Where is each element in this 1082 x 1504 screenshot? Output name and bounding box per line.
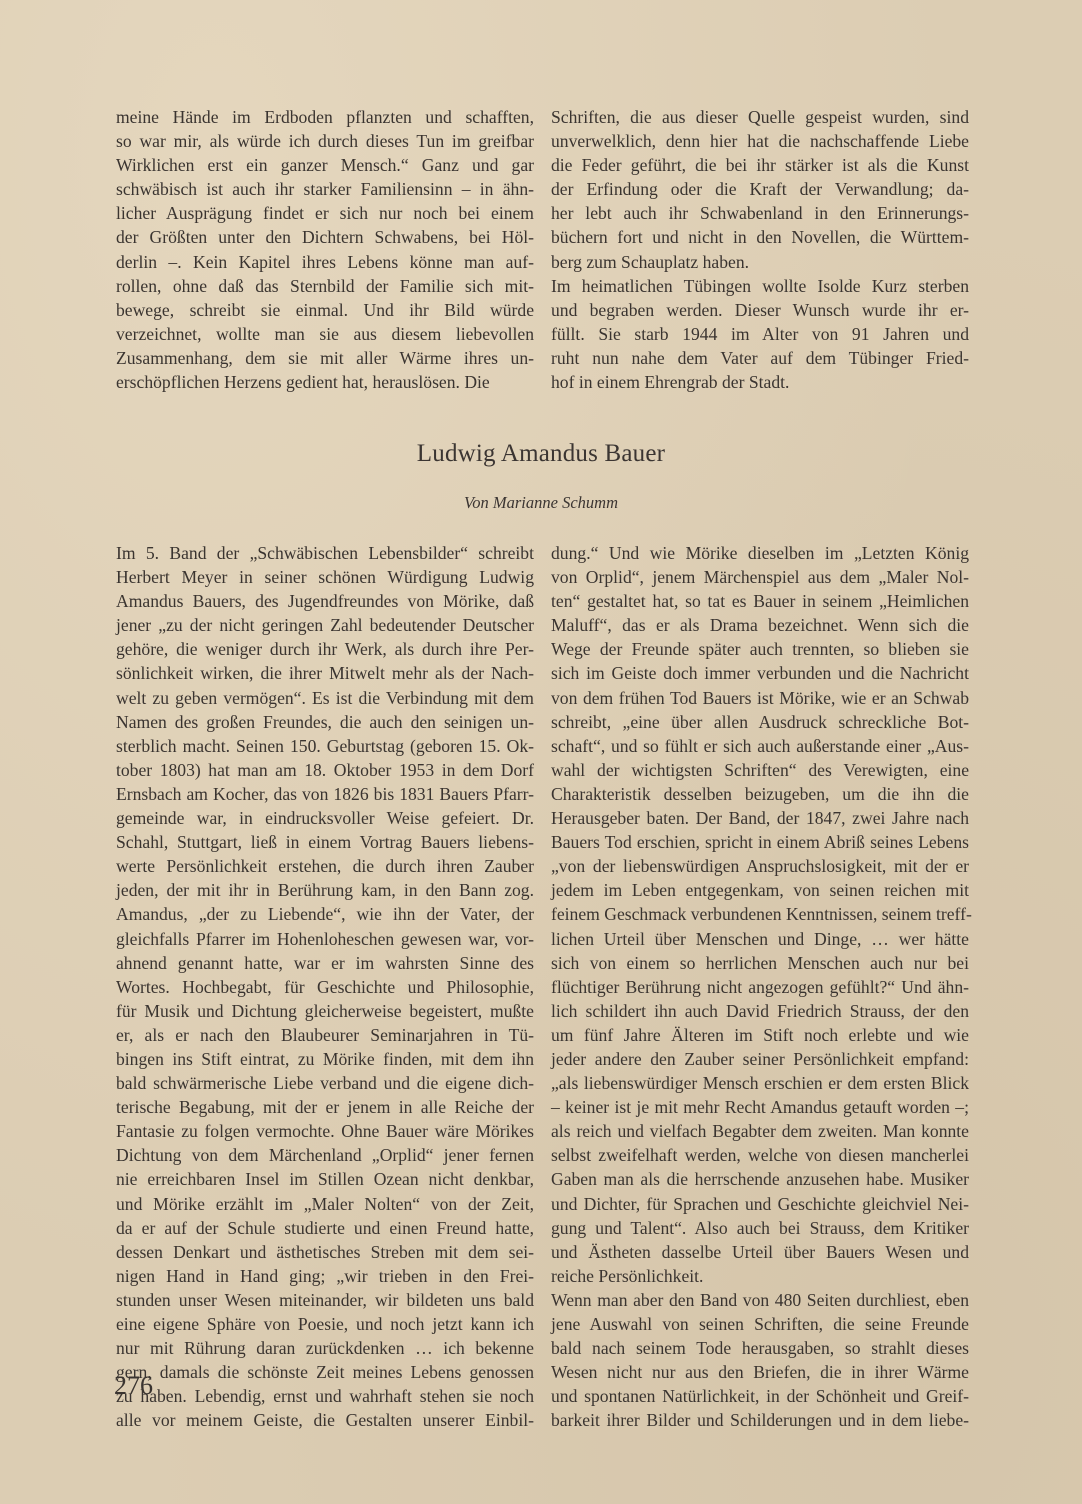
text-line: jedem im Leben entgegenkam, von seinen r… <box>551 878 969 902</box>
text-line: sich von einem so herrlichen Menschen au… <box>551 951 969 975</box>
text-line: „als liebenswürdiger Mensch erschien er … <box>551 1071 969 1095</box>
text-line: lichen Urteil über Menschen und Dinge, …… <box>551 927 969 951</box>
text-line: bewege, schreibt sie einmal. Und ihr Bil… <box>116 298 534 322</box>
text-line: da er auf der Schule studierte und einen… <box>116 1216 534 1240</box>
text-line: terische Begabung, mit der er jenem in a… <box>116 1095 534 1119</box>
text-line: bald nach seinem Tode herausgaben, so st… <box>551 1336 969 1360</box>
text-line: Ernsbach am Kocher, das von 1826 bis 183… <box>116 782 534 806</box>
text-line: gehöre, die weniger durch ihr Werk, als … <box>116 637 534 661</box>
text-line: berg zum Schauplatz haben. <box>551 250 969 274</box>
text-line: welt zu geben vermögen“. Es ist die Verb… <box>116 686 534 710</box>
article-byline: Von Marianne Schumm <box>0 493 1082 513</box>
text-line: von Orplid“, jenem Märchenspiel aus dem … <box>551 565 969 589</box>
article-right-column: dung.“ Und wie Mörike dieselben im „Letz… <box>551 541 969 1432</box>
text-line: Herausgeber baten. Der Band, der 1847, z… <box>551 806 969 830</box>
text-line: licher Ausprägung findet er sich nur noc… <box>116 201 534 225</box>
text-line: dessen Denkart und ästhetisches Streben … <box>116 1240 534 1264</box>
text-line: so war mir, als würde ich durch dieses T… <box>116 129 534 153</box>
text-line: Bauers Tod erschien, spricht in einem Ab… <box>551 830 969 854</box>
previous-article-right-column: Schriften, die aus dieser Quelle gespeis… <box>551 105 969 394</box>
text-line: jener „zu der nicht geringen Zahl bedeut… <box>116 613 534 637</box>
text-line: gleichfalls Pfarrer im Hohenloheschen ge… <box>116 927 534 951</box>
text-line: nigen Hand in Hand ging; „wir trieben in… <box>116 1264 534 1288</box>
text-line: alle vor meinem Geiste, die Gestalten un… <box>116 1408 534 1432</box>
text-line: für Musik und Dichtung gleicherweise beg… <box>116 999 534 1023</box>
text-line: um fünf Jahre Älteren im Stift noch erle… <box>551 1023 969 1047</box>
text-line: verzeichnet, wollte man sie aus diesem l… <box>116 322 534 346</box>
text-line: der Größten unter den Dichtern Schwabens… <box>116 225 534 249</box>
text-line: – keiner ist je mit mehr Recht Amandus g… <box>551 1095 969 1119</box>
text-line: stunden unser Wesen miteinander, wir bil… <box>116 1288 534 1312</box>
text-line: Im 5. Band der „Schwäbischen Lebensbilde… <box>116 541 534 565</box>
text-line: und Mörike erzählt im „Maler Nolten“ von… <box>116 1192 534 1216</box>
text-line: von dem frühen Tod Bauers ist Mörike, wi… <box>551 686 969 710</box>
text-line: feinem Geschmack verbundenen Kenntnissen… <box>551 902 969 926</box>
text-line: Schahl, Stuttgart, ließ in einem Vortrag… <box>116 830 534 854</box>
page-number: 276 <box>114 1371 153 1401</box>
article-left-column: Im 5. Band der „Schwäbischen Lebensbilde… <box>116 541 534 1432</box>
text-line: ahnend genannt hatte, war er im wahrsten… <box>116 951 534 975</box>
text-line: Gaben man als die herrschende anzusehen … <box>551 1167 969 1191</box>
text-line: Wortes. Hochbegabt, für Geschichte und P… <box>116 975 534 999</box>
text-line: bald schwärmerische Liebe verband und di… <box>116 1071 534 1095</box>
text-line: schreibt, „eine über allen Ausdruck schr… <box>551 710 969 734</box>
text-line: sönlichkeit wirken, die ihrer Mitwelt me… <box>116 661 534 685</box>
text-line: Zusammenhang, dem sie mit aller Wärme ih… <box>116 346 534 370</box>
text-line: selbst zweifelhaft werden, welche von di… <box>551 1143 969 1167</box>
text-line: bingen ins Stift eintrat, zu Mörike find… <box>116 1047 534 1071</box>
text-line: barkeit ihrer Bilder und Schilderungen u… <box>551 1408 969 1432</box>
text-line: jeden, der mit ihr in Berührung kam, in … <box>116 878 534 902</box>
text-line: der Erfindung oder die Kraft der Verwand… <box>551 177 969 201</box>
text-line: zu haben. Lebendig, ernst und wahrhaft s… <box>116 1384 534 1408</box>
text-line: büchern fort und nicht in den Novellen, … <box>551 225 969 249</box>
text-line: flüchtiger Berührung nicht angezogen gef… <box>551 975 969 999</box>
text-line: jene Auswahl von seinen Schriften, die s… <box>551 1312 969 1336</box>
text-line: wahl der wichtigsten Schriften“ des Vere… <box>551 758 969 782</box>
text-line: schwäbisch ist auch ihr starker Familien… <box>116 177 534 201</box>
text-line: Fantasie zu folgen vermochte. Ohne Bauer… <box>116 1119 534 1143</box>
text-line: her lebt auch ihr Schwabenland in den Er… <box>551 201 969 225</box>
text-line: Namen des großen Freundes, die auch den … <box>116 710 534 734</box>
text-line: ruht nun nahe dem Vater auf dem Tübinger… <box>551 346 969 370</box>
text-line: er, als er nach den Blaubeurer Seminarja… <box>116 1023 534 1047</box>
text-line: rollen, ohne daß das Sternbild der Famil… <box>116 274 534 298</box>
text-line: erschöpflichen Herzens gedient hat, hera… <box>116 370 534 394</box>
text-line: werte Persönlichkeit erstehen, die durch… <box>116 854 534 878</box>
text-line: Amandus, „der zu Liebende“, wie ihn der … <box>116 902 534 926</box>
text-line: Dichtung von dem Märchenland „Orplid“ je… <box>116 1143 534 1167</box>
text-line: Schriften, die aus dieser Quelle gespeis… <box>551 105 969 129</box>
text-line: „von der liebenswürdigen Anspruchslosigk… <box>551 854 969 878</box>
text-line: Herbert Meyer in seiner schönen Würdigun… <box>116 565 534 589</box>
text-line: sich im Geiste doch immer verbunden und … <box>551 661 969 685</box>
text-line: Wenn man aber den Band von 480 Seiten du… <box>551 1288 969 1312</box>
text-line: Wege der Freunde später auch trennten, s… <box>551 637 969 661</box>
text-line: hof in einem Ehrengrab der Stadt. <box>551 370 969 394</box>
text-line: Amandus Bauers, des Jugendfreundes von M… <box>116 589 534 613</box>
text-line: Charakteristik desselben beizugeben, um … <box>551 782 969 806</box>
text-line: sterblich macht. Seinen 150. Geburtstag … <box>116 734 534 758</box>
text-line: gung und Talent“. Also auch bei Strauss,… <box>551 1216 969 1240</box>
text-line: gemeinde war, in eindrucksvoller Weise g… <box>116 806 534 830</box>
text-line: füllt. Sie starb 1944 im Alter von 91 Ja… <box>551 322 969 346</box>
text-line: unverwelklich, denn hier hat die nachsch… <box>551 129 969 153</box>
book-page: meine Hände im Erdboden pflanzten und sc… <box>0 0 1082 1504</box>
text-line: gern, damals die schönste Zeit meines Le… <box>116 1360 534 1384</box>
article-title: Ludwig Amandus Bauer <box>0 440 1082 468</box>
text-line: Maluff“, das er als Drama bezeichnet. We… <box>551 613 969 637</box>
text-line: schaft“, und so fühlt er sich auch außer… <box>551 734 969 758</box>
text-line: Wesen nicht nur aus den Briefen, die in … <box>551 1360 969 1384</box>
text-line: jeder andere den Zauber seiner Persönlic… <box>551 1047 969 1071</box>
text-line: nur mit Rührung daran zurückdenken … ich… <box>116 1336 534 1360</box>
text-line: eine eigene Sphäre von Poesie, und noch … <box>116 1312 534 1336</box>
text-line: und Ästheten dasselbe Urteil über Bauers… <box>551 1240 969 1264</box>
previous-article-left-column: meine Hände im Erdboden pflanzten und sc… <box>116 105 534 394</box>
text-line: die Feder geführt, die bei ihr stärker i… <box>551 153 969 177</box>
text-line: reiche Persönlichkeit. <box>551 1264 969 1288</box>
text-line: derlin –. Kein Kapitel ihres Lebens könn… <box>116 250 534 274</box>
text-line: nie erreichbaren Insel im Stillen Ozean … <box>116 1167 534 1191</box>
text-line: Wirklichen erst ein ganzer Mensch.“ Ganz… <box>116 153 534 177</box>
text-line: ten“ gestaltet hat, so tat es Bauer in s… <box>551 589 969 613</box>
text-line: tober 1803) hat man am 18. Oktober 1953 … <box>116 758 534 782</box>
text-line: und begraben werden. Dieser Wunsch wurde… <box>551 298 969 322</box>
text-line: und Dichter, für Sprachen und Geschichte… <box>551 1192 969 1216</box>
text-line: meine Hände im Erdboden pflanzten und sc… <box>116 105 534 129</box>
text-line: und spontanen Natürlichkeit, in der Schö… <box>551 1384 969 1408</box>
text-line: dung.“ Und wie Mörike dieselben im „Letz… <box>551 541 969 565</box>
text-line: lich schildert ihn auch David Friedrich … <box>551 999 969 1023</box>
text-line: als reich und vielfach Begabter dem zwei… <box>551 1119 969 1143</box>
text-line: Im heimatlichen Tübingen wollte Isolde K… <box>551 274 969 298</box>
